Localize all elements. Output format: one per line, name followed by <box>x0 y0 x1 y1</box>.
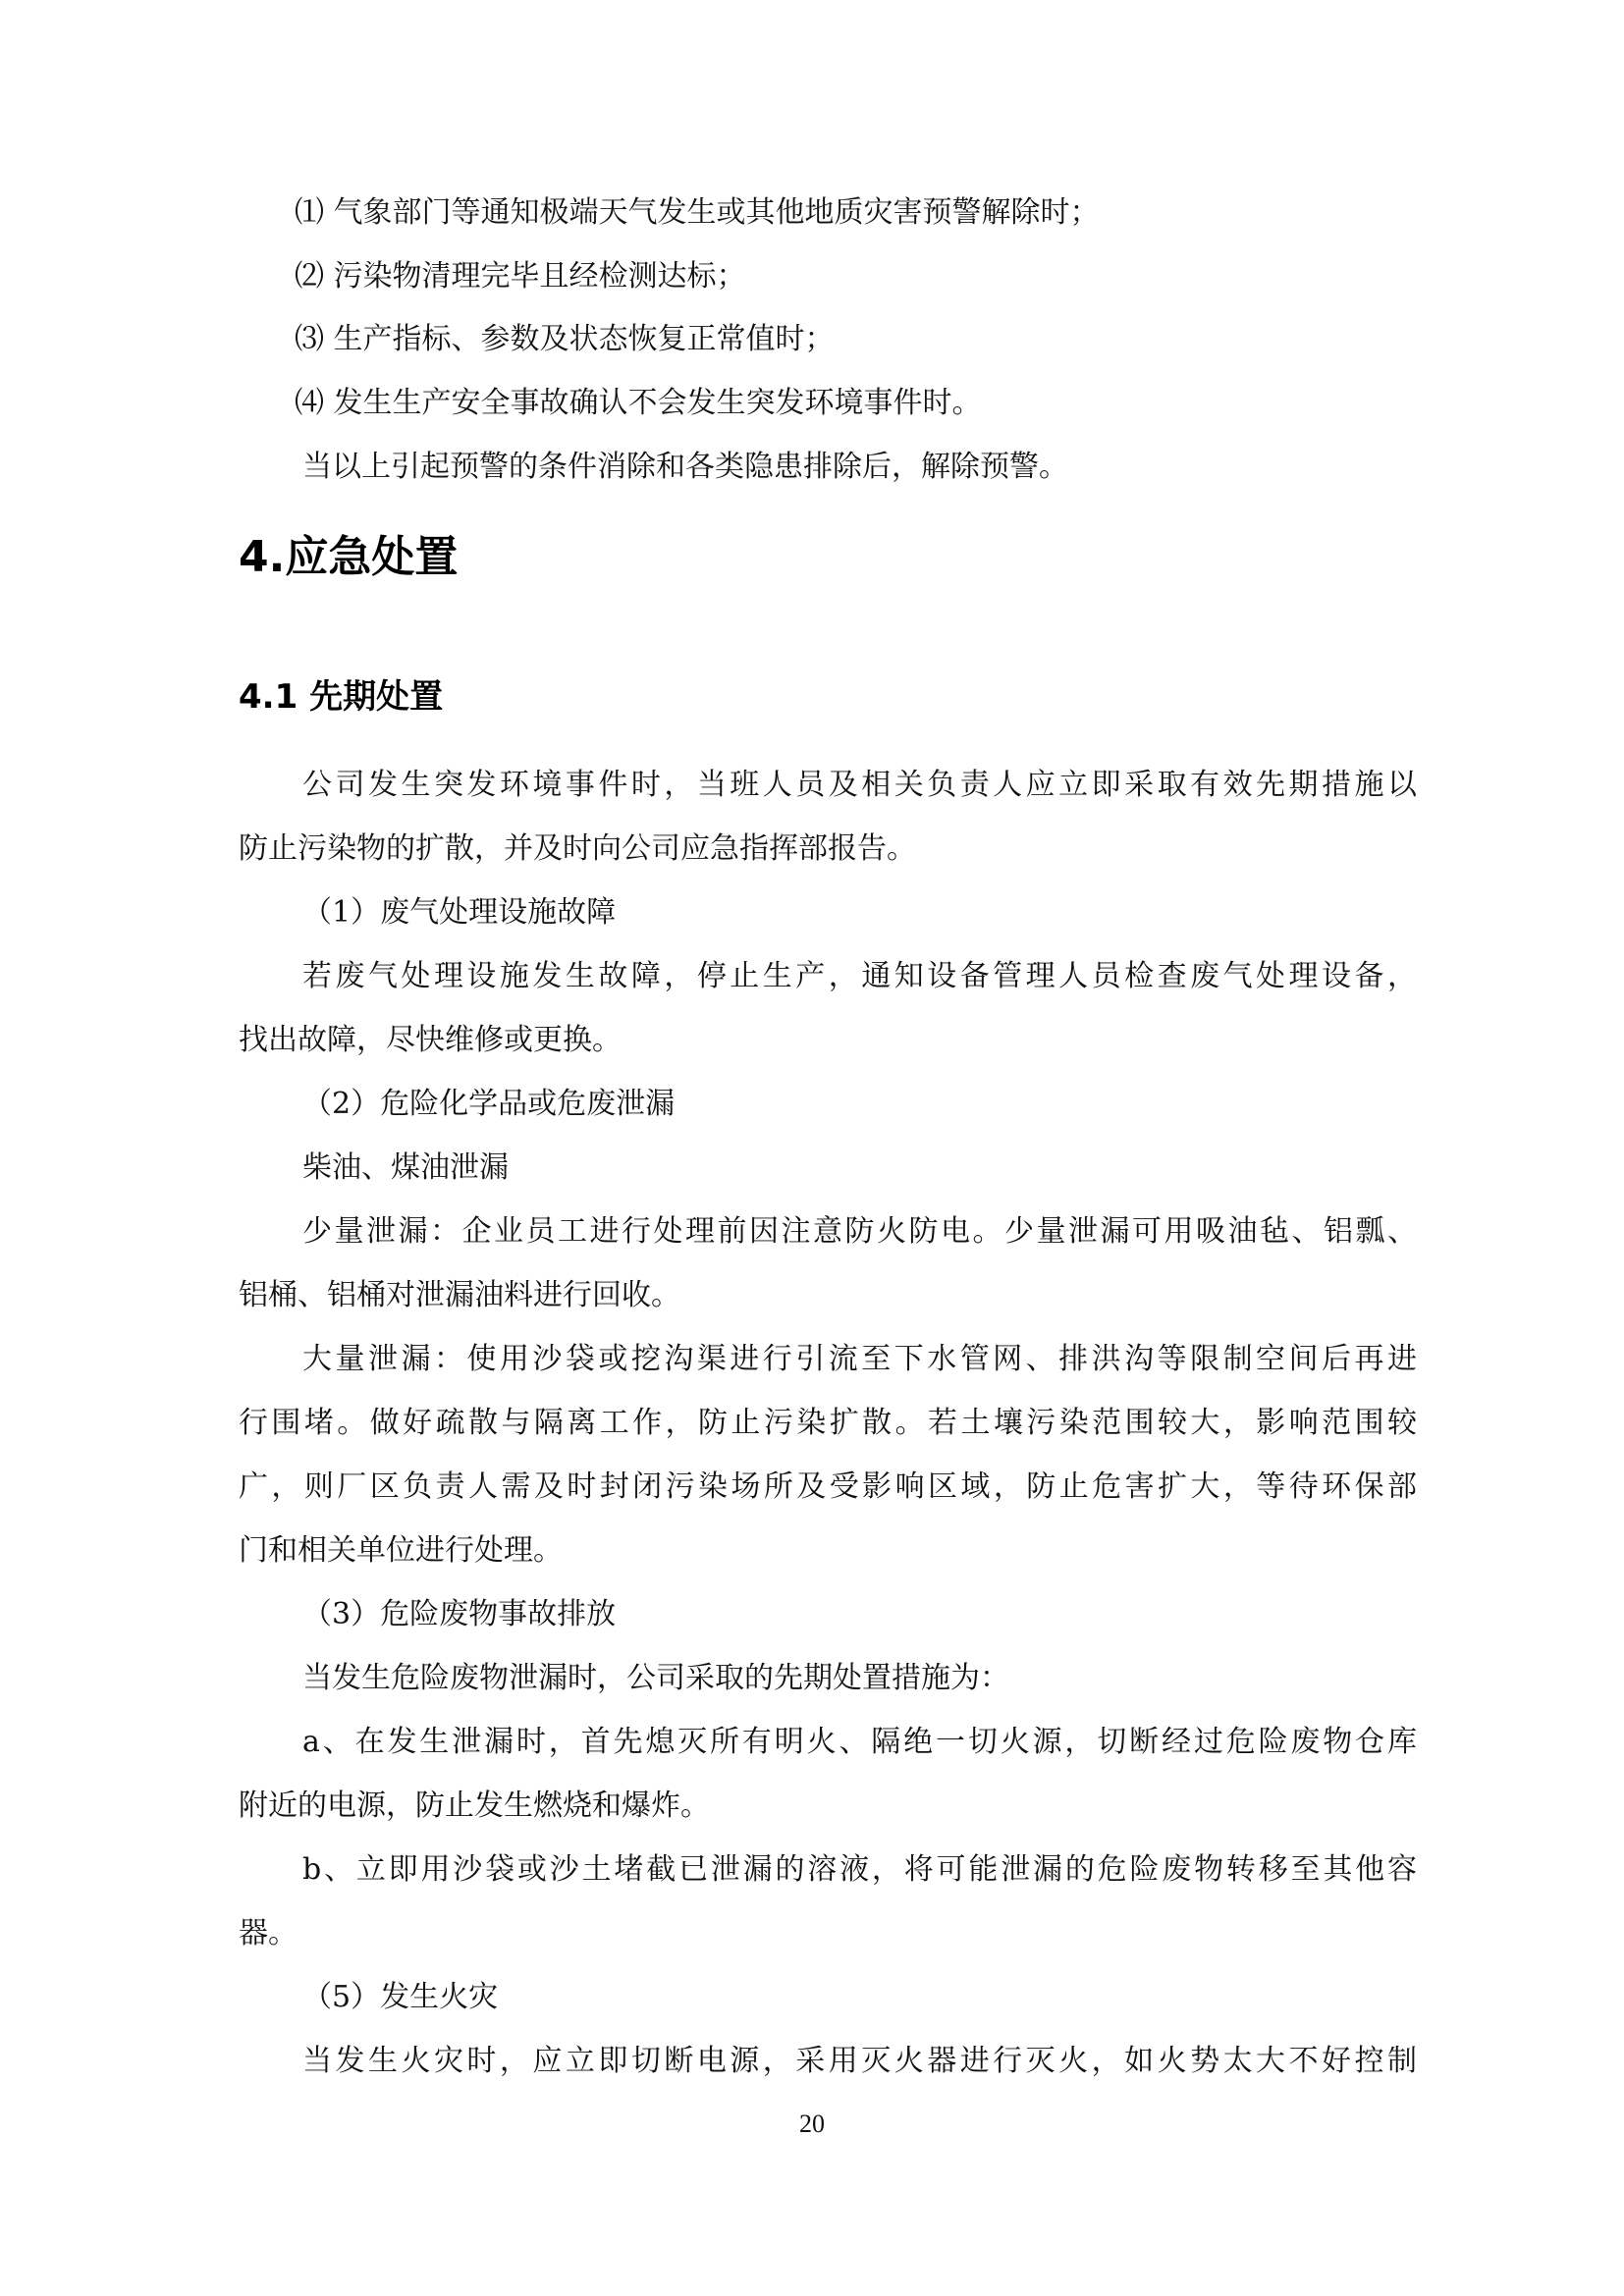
subsection-title: 4.1 先期处置 <box>239 675 443 719</box>
condition-4: ⑷ 发生生产安全事故确认不会发生突发环境事件时。 <box>295 384 982 423</box>
item1-title: （1）废气处理设施故障 <box>302 893 616 933</box>
step-b-line-1: b、立即用沙袋或沙土堵截已泄漏的溶液，将可能泄漏的危险废物转移至其他容 <box>302 1850 1417 1890</box>
item2-subtitle: 柴油、煤油泄漏 <box>302 1148 509 1188</box>
small-leak-line-2: 铝桶、铝桶对泄漏油料进行回收。 <box>239 1276 680 1315</box>
item5-body-line-1: 当发生火灾时，应立即切断电源，采用灭火器进行灭火，如火势太大不好控制 <box>302 2042 1417 2081</box>
item3-title: （3）危险废物事故排放 <box>302 1595 616 1634</box>
page-number: 20 <box>0 2109 1624 2140</box>
item1-body-line-1: 若废气处理设施发生故障，停止生产，通知设备管理人员检查废气处理设备， <box>302 957 1417 996</box>
large-leak-line-2: 行围堵。做好疏散与隔离工作，防止污染扩散。若土壤污染范围较大，影响范围较 <box>239 1404 1417 1443</box>
intro-line-2: 防止污染物的扩散，并及时向公司应急指挥部报告。 <box>239 829 916 869</box>
intro-line-1: 公司发生突发环境事件时，当班人员及相关负责人应立即采取有效先期措施以 <box>302 766 1417 805</box>
condition-2: ⑵ 污染物清理完毕且经检测达标； <box>295 257 746 296</box>
step-a-line-1: a、在发生泄漏时，首先熄灭所有明火、隔绝一切火源，切断经过危险废物仓库 <box>302 1723 1417 1762</box>
small-leak-line-1: 少量泄漏：企业员工进行处理前因注意防火防电。少量泄漏可用吸油毡、铝瓢、 <box>302 1212 1417 1252</box>
section-title: 4.应急处置 <box>239 530 458 585</box>
large-leak-line-1: 大量泄漏：使用沙袋或挖沟渠进行引流至下水管网、排洪沟等限制空间后再进 <box>302 1340 1417 1379</box>
item3-intro: 当发生危险废物泄漏时，公司采取的先期处置措施为： <box>302 1659 1009 1698</box>
release-statement: 当以上引起预警的条件消除和各类隐患排除后，解除预警。 <box>302 448 1068 487</box>
condition-1: ⑴ 气象部门等通知极端天气发生或其他地质灾害预警解除时； <box>295 193 1100 233</box>
large-leak-line-3: 广，则厂区负责人需及时封闭污染场所及受影响区域，防止危害扩大，等待环保部 <box>239 1468 1417 1507</box>
item1-body-line-2: 找出故障，尽快维修或更换。 <box>239 1021 622 1060</box>
item2-title: （2）危险化学品或危废泄漏 <box>302 1085 675 1124</box>
document-page: ⑴ 气象部门等通知极端天气发生或其他地质灾害预警解除时； ⑵ 污染物清理完毕且经… <box>0 0 1624 2296</box>
condition-3: ⑶ 生产指标、参数及状态恢复正常值时； <box>295 320 835 359</box>
step-a-line-2: 附近的电源，防止发生燃烧和爆炸。 <box>239 1787 710 1826</box>
large-leak-line-4: 门和相关单位进行处理。 <box>239 1531 563 1571</box>
step-b-line-2: 器。 <box>239 1914 298 1953</box>
item5-title: （5）发生火灾 <box>302 1978 498 2017</box>
